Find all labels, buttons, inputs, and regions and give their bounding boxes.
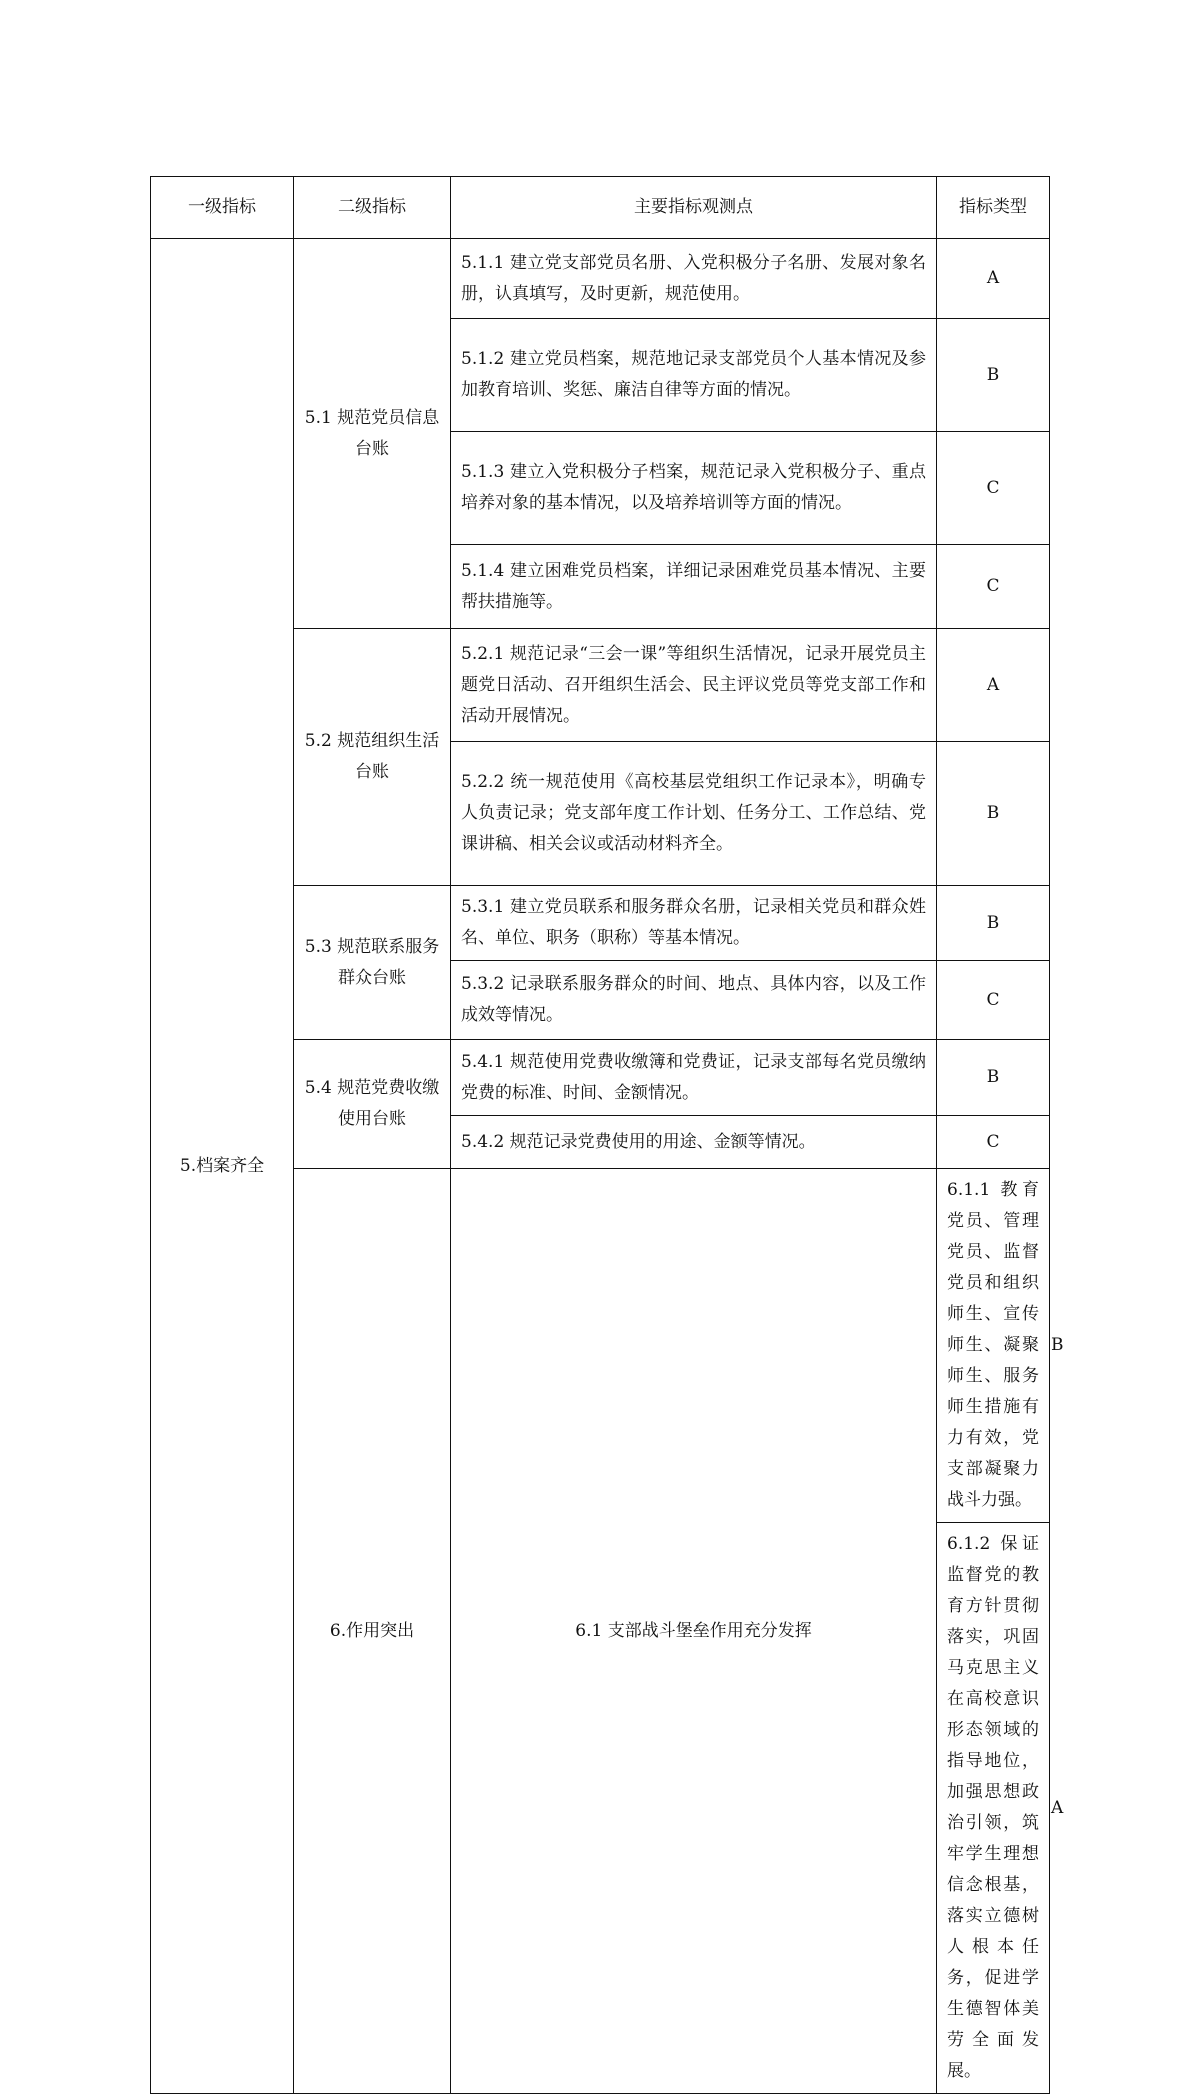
indicator-table: 一级指标 二级指标 主要指标观测点 指标类型 5.档案齐全 5.1 规范党员信息…: [150, 176, 1050, 2094]
type-cell: A: [937, 629, 1050, 742]
observation-cell: 5.3.2 记录联系服务群众的时间、地点、具体内容，以及工作成效等情况。: [451, 961, 937, 1040]
observation-cell: 5.1.3 建立入党积极分子档案，规范记录入党积极分子、重点培养对象的基本情况，…: [451, 432, 937, 545]
type-cell: B: [937, 1040, 1050, 1116]
observation-cell: 5.4.2 规范记录党费使用的用途、金额等情况。: [451, 1116, 937, 1169]
level2-cell: 5.2 规范组织生活台账: [294, 629, 451, 886]
observation-cell: 5.3.1 建立党员联系和服务群众名册，记录相关党员和群众姓名、单位、职务（职称…: [451, 886, 937, 961]
level2-cell: 5.1 规范党员信息台账: [294, 239, 451, 629]
observation-cell: 5.1.2 建立党员档案，规范地记录支部党员个人基本情况及参加教育培训、奖惩、廉…: [451, 319, 937, 432]
observation-cell: 5.2.1 规范记录“三会一课”等组织生活情况，记录开展党员主题党日活动、召开组…: [451, 629, 937, 742]
table-row: 5.档案齐全 5.1 规范党员信息台账 5.1.1 建立党支部党员名册、入党积极…: [151, 239, 1050, 319]
level2-cell: 6.1 支部战斗堡垒作用充分发挥: [451, 1169, 937, 2094]
type-cell: A: [937, 239, 1050, 319]
observation-cell: 5.1.1 建立党支部党员名册、入党积极分子名册、发展对象名册，认真填写，及时更…: [451, 239, 937, 319]
observation-cell: 5.2.2 统一规范使用《高校基层党组织工作记录本》，明确专人负责记录；党支部年…: [451, 742, 937, 886]
table-header-row: 一级指标 二级指标 主要指标观测点 指标类型: [151, 177, 1050, 239]
type-cell: B: [937, 886, 1050, 961]
type-cell: C: [937, 1116, 1050, 1169]
observation-cell: 5.4.1 规范使用党费收缴簿和党费证，记录支部每名党员缴纳党费的标准、时间、金…: [451, 1040, 937, 1116]
level2-cell: 5.4 规范党费收缴使用台账: [294, 1040, 451, 1169]
header-observation: 主要指标观测点: [451, 177, 937, 239]
type-cell: B: [937, 319, 1050, 432]
header-level2: 二级指标: [294, 177, 451, 239]
level2-cell: 5.3 规范联系服务群众台账: [294, 886, 451, 1040]
observation-cell: 5.1.4 建立困难党员档案，详细记录困难党员基本情况、主要帮扶措施等。: [451, 545, 937, 629]
type-cell: B: [937, 742, 1050, 886]
type-cell: C: [937, 432, 1050, 545]
header-level1: 一级指标: [151, 177, 294, 239]
level1-cell: 6.作用突出: [294, 1169, 451, 2094]
type-cell: C: [937, 545, 1050, 629]
level1-cell: 5.档案齐全: [151, 239, 294, 2094]
type-cell: C: [937, 961, 1050, 1040]
observation-cell: 6.1.1 教育党员、管理党员、监督党员和组织师生、宣传师生、凝聚师生、服务师生…: [937, 1169, 1050, 1523]
observation-cell: 6.1.2 保证监督党的教育方针贯彻落实，巩固马克思主义在高校意识形态领域的指导…: [937, 1523, 1050, 2094]
header-type: 指标类型: [937, 177, 1050, 239]
